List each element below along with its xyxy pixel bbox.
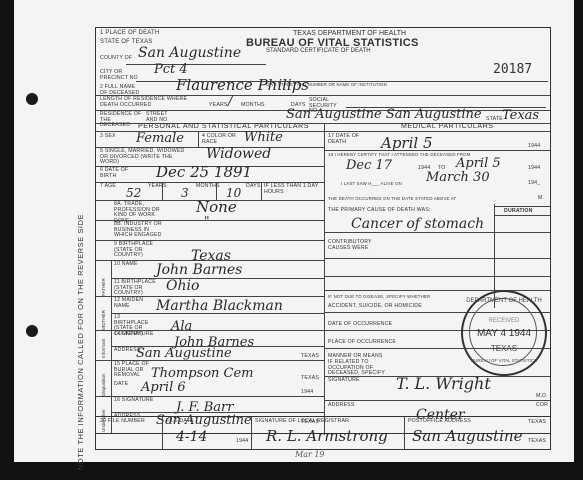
city-label: CITY OR PRECINCT NO [100, 70, 145, 81]
attended-label: 18 I HEREBY CERTIFY THAT I ATTENDED THE … [328, 152, 470, 158]
burial-texas-label: TEXAS [301, 376, 319, 382]
form-title: STANDARD CERTIFICATE OF DEATH [266, 48, 371, 54]
place-of-death-label: 1 PLACE OF DEATH [100, 31, 159, 37]
residence-label: RESIDENCE OF THE DECEASED [100, 112, 142, 129]
occurred-label: THE DEATH OCCURRED ON THE DATE STATED AB… [328, 196, 456, 202]
age-years: 52 [126, 186, 141, 200]
reverse-side-note: NOTE THE INFORMATION CALLED FOR ON THE R… [76, 214, 85, 470]
residence-length-label: LENGTH OF RESIDENCE WHERE DEATH OCCURRED [100, 97, 188, 108]
father-birthplace: Ohio [166, 278, 199, 294]
certificate-number: 20187 [493, 62, 532, 77]
age-hours-label: IF LESS THAN 1 DAY HOURS [264, 184, 322, 195]
age-months: 3 [181, 186, 189, 200]
primary-cause-label: THE PRIMARY CAUSE OF DEATH WAS: [328, 208, 431, 214]
mother-name: Martha Blackman [156, 298, 283, 314]
dob-value: Dec 25 1891 [156, 163, 252, 181]
contributory-label: CONTRIBUTORY CAUSES WERE [328, 240, 380, 251]
mother-birthplace: Ala [171, 319, 192, 334]
file-date-label: FILE DATE [166, 419, 194, 425]
industry-value: " [204, 214, 210, 228]
burial-year-label: 1944 [301, 390, 313, 396]
post-office-value: San Augustine [412, 427, 522, 445]
attended-to: April 5 [456, 156, 501, 171]
accident-label: ACCIDENT, SUICIDE, OR HOMICIDE [328, 304, 422, 310]
county-label: COUNTY OF [100, 56, 132, 62]
occurred-suffix: M. [538, 196, 544, 202]
mother-section-label: MOTHER [101, 310, 106, 330]
medical-heading: MEDICAL PARTICULARS [401, 123, 494, 130]
physician-signature: T. L. Wright [396, 374, 491, 393]
duration-label: DURATION [504, 209, 533, 215]
birthplace-label: 9 BIRTHPLACE (STATE OR COUNTRY) [114, 242, 156, 259]
father-name: John Barnes [156, 262, 242, 278]
marital-value: Widowed [206, 146, 271, 162]
father-birthplace-label: 11 BIRTHPLACE (STATE OR COUNTRY) [114, 280, 156, 297]
primary-cause: Cancer of stomach [351, 216, 484, 232]
filing-row: 20 FILE NUMBER FILE DATE 4-14 1944 SIGNA… [95, 416, 551, 450]
post-office-label: POSTOFFICE ADDRESS [408, 419, 471, 425]
registrar-label: SIGNATURE OF LOCAL REGISTRAR [255, 419, 349, 425]
burial-date: April 6 [141, 380, 186, 395]
father-name-label: 10 NAME [114, 262, 138, 268]
last-saw-year: 194_ [528, 181, 540, 187]
attended-to-year: 1944 [528, 166, 540, 172]
color-value: White [244, 130, 283, 145]
residence-value: San Augustine San Augustine [286, 107, 482, 122]
death-year: 1944 [528, 144, 540, 150]
informant-section-label: Informant [101, 339, 106, 358]
file-number-label: 20 FILE NUMBER [100, 419, 145, 425]
md-label: M.D. [536, 394, 548, 400]
last-saw-label: I LAST SAW H___ ALIVE ON [341, 181, 402, 187]
occupation-related-label: IF RELATED TO OCCUPATION OF DECEASED, SP… [328, 360, 398, 377]
physician-address-label: ADDRESS [328, 403, 354, 409]
occurrence-date-label: DATE OF OCCURRENCE [328, 322, 392, 328]
age-label: 7 AGE [100, 184, 116, 190]
residence-state-label: STATE [486, 117, 503, 123]
city-value: Pct 4 [154, 62, 188, 77]
informant-address: San Augustine [136, 346, 232, 361]
deceased-name: Flaurence Philips [176, 76, 309, 94]
received-stamp: DEPARTMENT OF HEALTH RECEIVED MAY 4 1944… [461, 290, 547, 376]
cor-label: COR [536, 403, 548, 409]
sex-value: Female [136, 131, 184, 146]
file-year: 1944 [236, 439, 248, 445]
punch-hole-bottom [26, 325, 38, 337]
informant-texas-label: TEXAS [301, 354, 319, 360]
death-certificate-form: 1 PLACE OF DEATH STATE OF TEXAS TEXAS DE… [95, 27, 551, 434]
years-label: YEARS [209, 103, 228, 109]
dob-label: 6 DATE OF BIRTH [100, 168, 130, 179]
disposition-section-label: Disposition [101, 374, 106, 396]
burial-place: Thompson Cem [151, 366, 254, 381]
burial-date-label: DATE [114, 382, 128, 388]
sex-label: 3 SEX [100, 134, 116, 140]
color-label: 4 COLOR OR RACE [202, 134, 242, 145]
occurrence-place-label: PLACE OF OCCURRENCE [328, 340, 396, 346]
stamp-state: TEXAS [463, 344, 545, 353]
department-title: TEXAS DEPARTMENT OF HEALTH [293, 30, 406, 37]
years-value: / [228, 94, 232, 109]
registrar-signature: R. L. Armstrong [266, 427, 388, 445]
attended-from: Dec 17 [346, 158, 392, 173]
personal-heading: PERSONAL AND STATISTICAL PARTICULARS [138, 123, 309, 130]
mother-name-label: 12 MAIDEN NAME [114, 298, 144, 309]
stamp-bottom-text: BUREAU OF VITAL STATISTICS [463, 358, 545, 363]
street-label: STREET AND NO [146, 112, 168, 123]
filing-texas-label: TEXAS [528, 439, 546, 445]
age-days-label: DAYS [246, 184, 261, 190]
stamp-received: RECEIVED [463, 318, 545, 324]
months-label: MONTHS [241, 103, 265, 109]
punch-hole-top [26, 93, 38, 105]
trade-value: None [196, 198, 237, 216]
age-years-label: YEARS [148, 184, 167, 190]
note-below: Mar 19 [295, 450, 325, 459]
stamp-date: MAY 4 1944 [463, 328, 545, 339]
last-saw-date: March 30 [426, 170, 490, 185]
residence-state: Texas [502, 108, 539, 123]
stamp-top-text: DEPARTMENT OF HEALTH [463, 298, 545, 304]
industry-label: 8B. INDUSTRY OR BUSINESS IN WHICH ENGAGE… [114, 222, 164, 239]
file-date: 4-14 [176, 429, 207, 445]
undertaker-signature-label: 16 SIGNATURE [114, 398, 154, 404]
not-disease-label: IF NOT DUE TO DISEASE, SPECIFY WHETHER [328, 294, 430, 300]
informant-signature-label: 14 SIGNATURE [114, 332, 154, 338]
burial-label: 15 PLACE OF BURIAL OR REMOVAL [114, 362, 152, 379]
father-section-label: FATHER [101, 278, 106, 296]
physician-signature-label: SIGNATURE [328, 378, 360, 384]
county-value: San Augustine [138, 45, 241, 61]
date-of-death-label: 17 DATE OF DEATH [328, 134, 362, 145]
